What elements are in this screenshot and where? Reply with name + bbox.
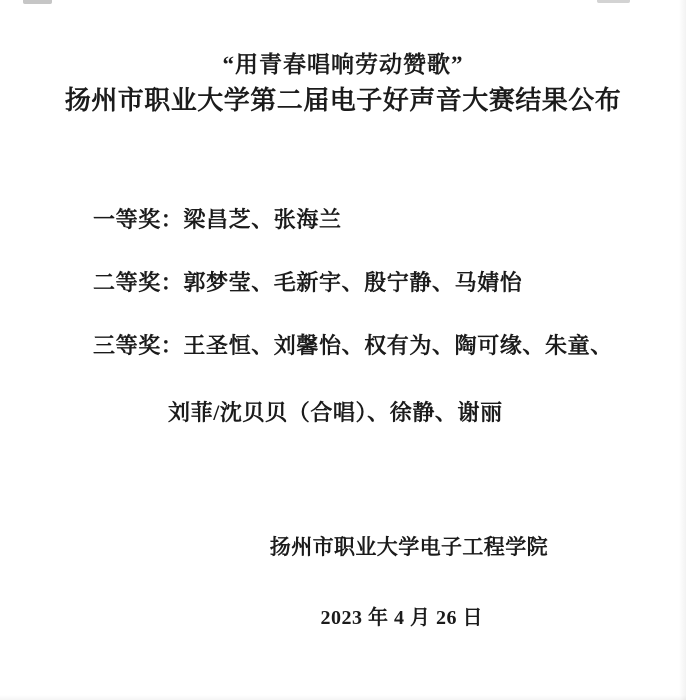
scan-artifact-left — [23, 0, 52, 4]
document-subtitle: “用青春唱响劳动赞歌” — [0, 46, 686, 79]
scan-artifact-right — [597, 0, 630, 3]
scan-edge-shading-bottom — [0, 695, 686, 700]
document-page: “用青春唱响劳动赞歌” 扬州市职业大学第二届电子好声音大赛结果公布 一等奖：梁昌… — [0, 0, 686, 700]
document-date: 2023 年 4 月 26 日 — [321, 601, 484, 630]
award-line-first-prize: 一等奖：梁昌芝、张海兰 — [93, 203, 342, 234]
award-line-second-prize: 二等奖：郭梦莹、毛新宇、殷宁静、马婧怡 — [93, 266, 522, 297]
award-line-third-prize: 三等奖：王圣恒、刘馨怡、权有为、陶可缘、朱童、 — [93, 329, 613, 360]
issuing-organization: 扬州市职业大学电子工程学院 — [270, 531, 548, 561]
award-line-third-prize-continuation: 刘菲/沈贝贝（合唱）、徐静、谢丽 — [168, 396, 503, 427]
document-title: 扬州市职业大学第二届电子好声音大赛结果公布 — [0, 80, 686, 117]
